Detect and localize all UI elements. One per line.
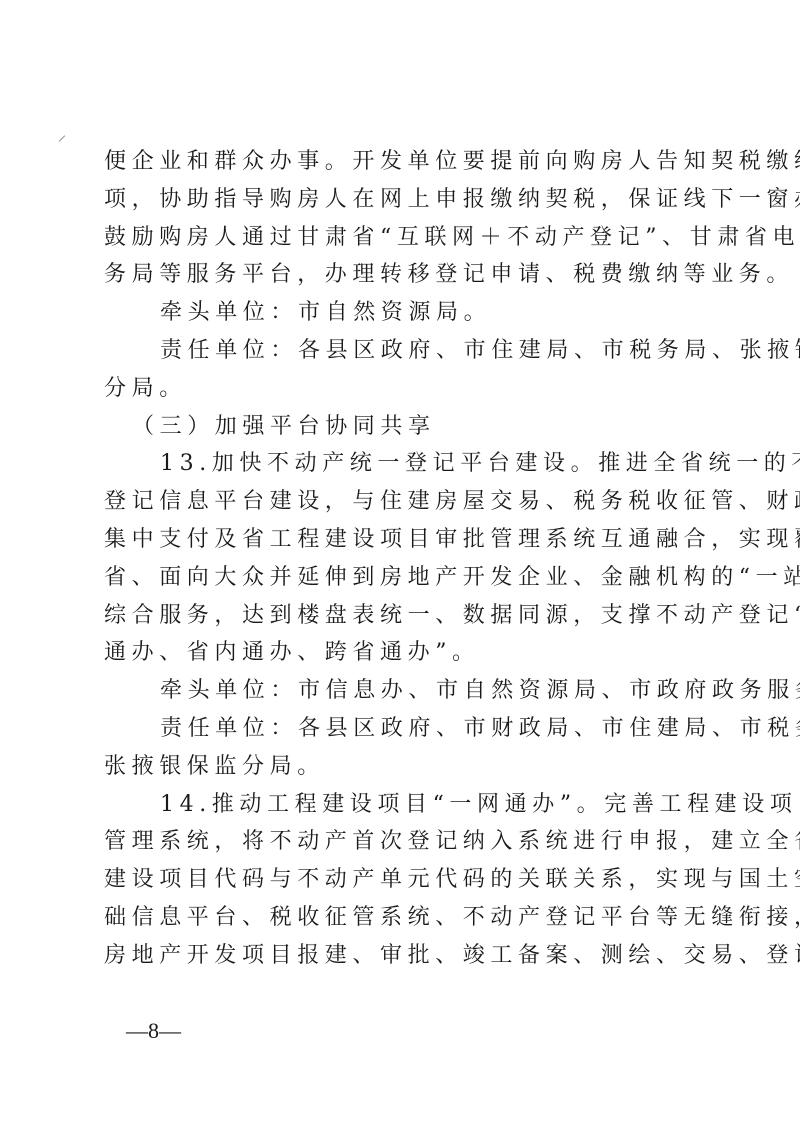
text-line: 房地产开发项目报建、审批、竣工备案、测绘、交易、登记成果	[104, 937, 696, 975]
text-line: 务局等服务平台，办理转移登记申请、税费缴纳等业务。	[104, 256, 696, 294]
page-number: —8—	[126, 1018, 181, 1044]
lead-unit-line: 牵头单位：市自然资源局。	[104, 294, 696, 332]
responsible-unit-line: 责任单位：各县区政府、市财政局、市住建局、市税务局、	[104, 710, 696, 748]
text-line: 鼓励购房人通过甘肃省“互联网＋不动产登记”、甘肃省电子税	[104, 219, 696, 257]
text-line: 综合服务，达到楼盘表统一、数据同源，支撑不动产登记“一网	[104, 597, 696, 635]
item-14-title-line: 14.推动工程建设项目“一网通办”。完善工程建设项目审批	[104, 786, 696, 824]
text-line: 分局。	[104, 370, 696, 408]
document-body: 便企业和群众办事。开发单位要提前向购房人告知契税缴纳事 项，协助指导购房人在网上…	[104, 143, 696, 975]
text-line: 项，协助指导购房人在网上申报缴纳契税，保证线下一窗办理。	[104, 181, 696, 219]
text-line: 建设项目代码与不动产单元代码的关联关系，实现与国土空间基	[104, 861, 696, 899]
text-line: 登记信息平台建设，与住建房屋交易、税务税收征管、财政国库	[104, 483, 696, 521]
text-line: 张掖银保监分局。	[104, 748, 696, 786]
text-line: 省、面向大众并延伸到房地产开发企业、金融机构的“一站式”	[104, 559, 696, 597]
text-line: 便企业和群众办事。开发单位要提前向购房人告知契税缴纳事	[104, 143, 696, 181]
text-line: 通办、省内通办、跨省通办”。	[104, 634, 696, 672]
scan-speck	[59, 135, 65, 141]
section-heading: （三）加强平台协同共享	[104, 408, 696, 446]
text-line: 集中支付及省工程建设项目审批管理系统互通融合，实现覆盖全	[104, 521, 696, 559]
lead-unit-line: 牵头单位：市信息办、市自然资源局、市政府政务服务中心。	[104, 672, 696, 710]
item-13-title-line: 13.加快不动产统一登记平台建设。推进全省统一的不动产	[104, 445, 696, 483]
text-line: 础信息平台、税收征管系统、不动产登记平台等无缝衔接，实现	[104, 899, 696, 937]
text-line: 管理系统，将不动产首次登记纳入系统进行申报，建立全省工程	[104, 823, 696, 861]
responsible-unit-line: 责任单位：各县区政府、市住建局、市税务局、张掖银保监	[104, 332, 696, 370]
